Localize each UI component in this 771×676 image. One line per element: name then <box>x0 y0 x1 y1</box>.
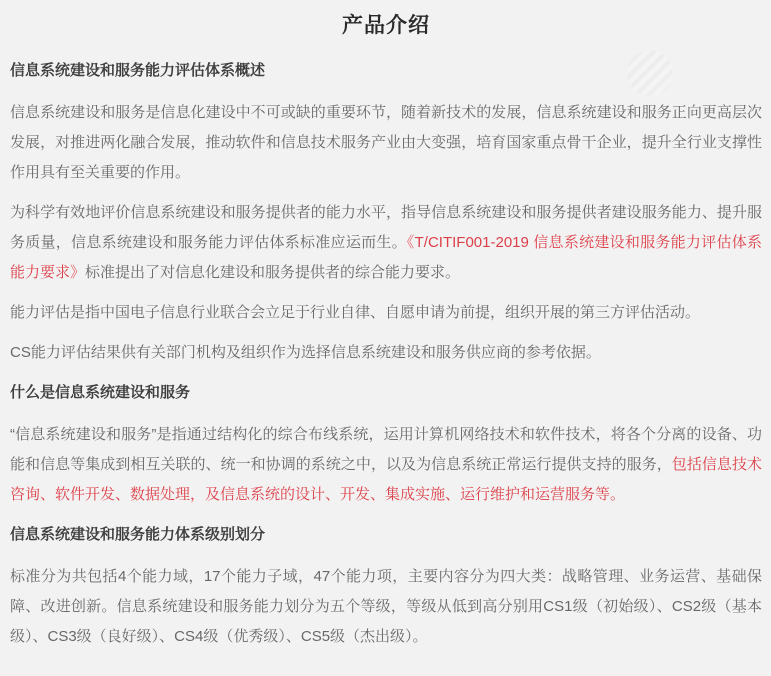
page-title: 产品介绍 <box>10 14 762 38</box>
section-heading-definition: 什么是信息系统建设和服务 <box>10 384 762 402</box>
text-segment: “信息系统建设和服务”是指通过结构化的综合布线系统，运用计算机网络技术和软件技术… <box>10 426 762 473</box>
paragraph: “信息系统建设和服务”是指通过结构化的综合布线系统，运用计算机网络技术和软件技术… <box>10 420 762 510</box>
text-segment: 能力评估是指中国电子信息行业联合会立足于行业自律、自愿申请为前提，组织开展的第三… <box>10 304 700 321</box>
text-segment: 标准分为共包括4个能力域，17个能力子域，47个能力项，主要内容分为四大类：战略… <box>10 568 762 645</box>
paragraph: 为科学有效地评价信息系统建设和服务提供者的能力水平，指导信息系统建设和服务提供者… <box>10 198 762 288</box>
section-heading-overview: 信息系统建设和服务能力评估体系概述 <box>10 62 762 80</box>
section-heading-levels: 信息系统建设和服务能力体系级别划分 <box>10 526 762 544</box>
paragraph: 能力评估是指中国电子信息行业联合会立足于行业自律、自愿申请为前提，组织开展的第三… <box>10 298 762 328</box>
text-segment: CS能力评估结果供有关部门机构及组织作为选择信息系统建设和服务供应商的参考依据。 <box>10 344 601 361</box>
paragraph: 信息系统建设和服务是信息化建设中不可或缺的重要环节，随着新技术的发展，信息系统建… <box>10 98 762 188</box>
paragraph: 标准分为共包括4个能力域，17个能力子域，47个能力项，主要内容分为四大类：战略… <box>10 562 762 652</box>
text-segment: 标准提出了对信息化建设和服务提供者的综合能力要求。 <box>85 264 460 281</box>
product-intro-page: 产品介绍 信息系统建设和服务能力评估体系概述 信息系统建设和服务是信息化建设中不… <box>0 0 771 676</box>
text-segment: 信息系统建设和服务是信息化建设中不可或缺的重要环节，随着新技术的发展，信息系统建… <box>10 104 762 181</box>
paragraph: CS能力评估结果供有关部门机构及组织作为选择信息系统建设和服务供应商的参考依据。 <box>10 338 762 368</box>
